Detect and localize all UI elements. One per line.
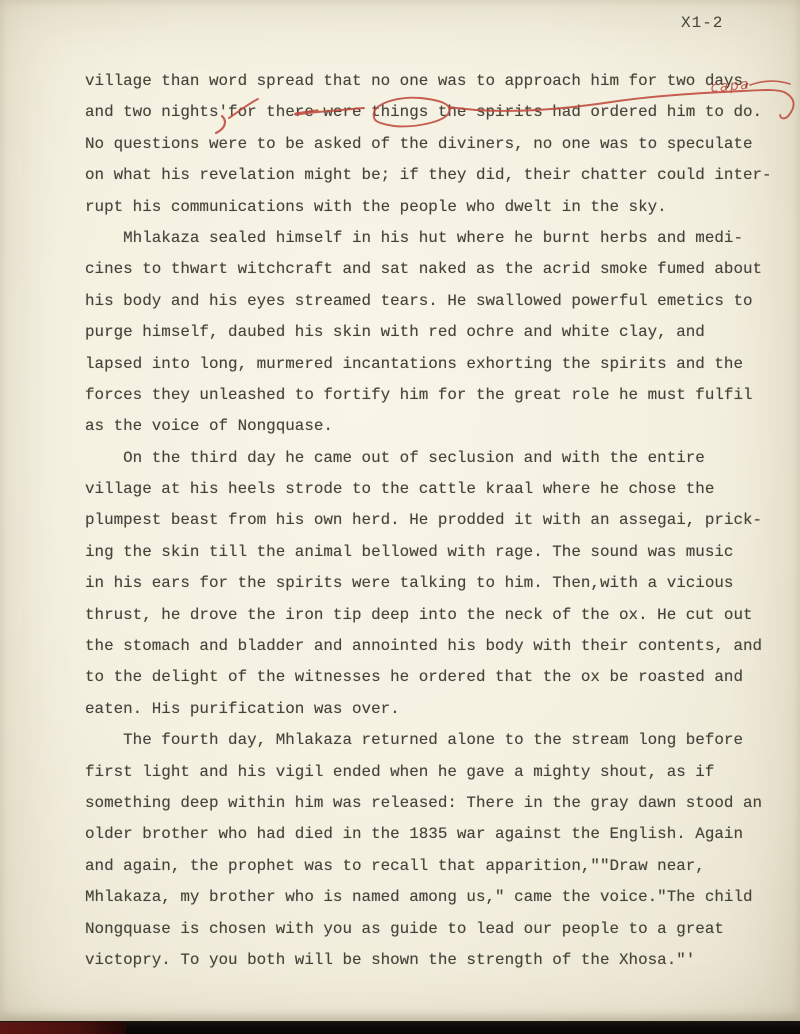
page-number: X1-2 [681,14,723,32]
typed-text-block: village than word spread that no one was… [85,66,790,976]
typed-line: eaten. His purification was over. [85,694,790,725]
typed-line: ing the skin till the animal bellowed wi… [85,537,790,568]
typed-line: On the third day he came out of seclusio… [85,443,790,474]
typed-line: forces they unleashed to fortify him for… [85,380,790,411]
scan-edge-red-segment [0,1022,126,1034]
typed-line: to the delight of the witnesses he order… [85,662,790,693]
typed-line: and again, the prophet was to recall tha… [85,851,790,882]
typed-line: village at his heels strode to the cattl… [85,474,790,505]
typed-line: thrust, he drove the iron tip deep into … [85,600,790,631]
typed-line: Mhlakaza sealed himself in his hut where… [85,223,790,254]
typed-line: Mhlakaza, my brother who is named among … [85,882,790,913]
typed-line: purge himself, daubed his skin with red … [85,317,790,348]
typed-line: his body and his eyes streamed tears. He… [85,286,790,317]
typed-line: in his ears for the spirits were talking… [85,568,790,599]
typed-line: The fourth day, Mhlakaza returned alone … [85,725,790,756]
typed-line: lapsed into long, murmered incantations … [85,349,790,380]
typed-line: and two nights'for there were things the… [85,97,790,128]
typed-line: the stomach and bladder and annointed hi… [85,631,790,662]
typed-line: No questions were to be asked of the div… [85,129,790,160]
typed-line: victopry. To you both will be shown the … [85,945,790,976]
scan-edge-band [0,1021,800,1034]
typed-line: first light and his vigil ended when he … [85,757,790,788]
typed-line: as the voice of Nongquase. [85,411,790,442]
typed-line: older brother who had died in the 1835 w… [85,819,790,850]
typed-line: cines to thwart witchcraft and sat naked… [85,254,790,285]
typed-line: rupt his communications with the people … [85,192,790,223]
typed-line: Nongquase is chosen with you as guide to… [85,914,790,945]
typed-line: village than word spread that no one was… [85,66,790,97]
typed-line: plumpest beast from his own herd. He pro… [85,505,790,536]
typed-line: on what his revelation might be; if they… [85,160,790,191]
typed-line: something deep within him was released: … [85,788,790,819]
